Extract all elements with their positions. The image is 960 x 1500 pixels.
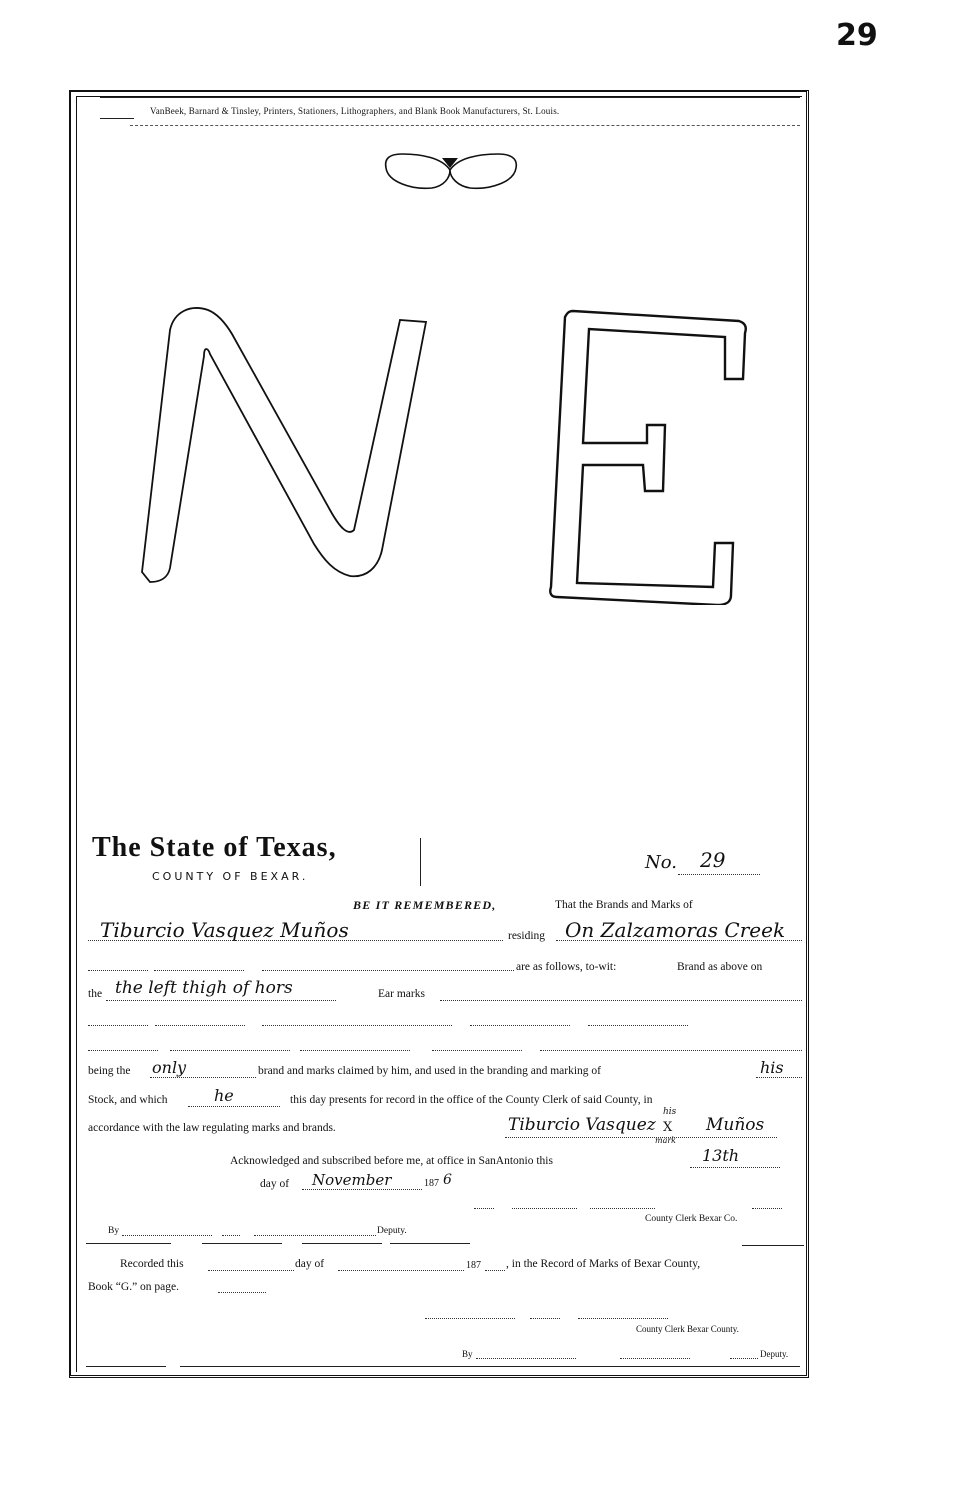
header-rule-left — [100, 118, 134, 119]
clerk-label: County Clerk Bexar Co. — [645, 1214, 737, 1224]
year-prefix: 187 — [424, 1178, 439, 1189]
clerk-county-label: County Clerk Bexar County. — [636, 1324, 739, 1334]
residence-line — [556, 940, 802, 941]
clerk-county-line — [530, 1318, 560, 1319]
owner-name-field: Tiburcio Vasquez Muños — [100, 918, 349, 942]
he-field: he — [214, 1086, 234, 1105]
clerk-signature-line — [752, 1208, 782, 1209]
blank-line — [300, 1050, 410, 1051]
intro-text: That the Brands and Marks of — [555, 899, 693, 911]
signature-first: Tiburcio Vasquez — [508, 1115, 656, 1135]
form-inner-border — [76, 96, 802, 1372]
owner-name-line — [88, 940, 503, 941]
recorded-month-line — [338, 1270, 464, 1271]
residing-label: residing — [508, 930, 545, 942]
brand-letter-e-icon — [545, 305, 750, 605]
brand-letter-n-icon — [130, 300, 440, 590]
brand-claimed-text: brand and marks claimed by him, and used… — [258, 1065, 601, 1077]
printer-imprint: VanBeek, Barnard & Tinsley, Printers, St… — [150, 106, 559, 116]
recorded-rest-text: , in the Record of Marks of Bexar County… — [506, 1258, 700, 1270]
year-suffix: 6 — [443, 1172, 452, 1188]
blank-line — [540, 1050, 802, 1051]
blank-line — [88, 970, 148, 971]
ear-mark-diagram-icon — [382, 148, 522, 194]
record-number-line — [678, 874, 760, 875]
blank-line — [262, 1025, 452, 1026]
only-line — [150, 1077, 256, 1078]
by-line-2 — [730, 1358, 758, 1359]
bottom-rule — [86, 1366, 166, 1367]
ear-marks-line — [440, 1000, 802, 1001]
bottom-rule — [180, 1366, 800, 1367]
his-line — [756, 1077, 802, 1078]
blank-line — [588, 1025, 688, 1026]
header-rule-top — [100, 97, 800, 98]
separator-rule — [202, 1243, 282, 1244]
by-line-2 — [476, 1358, 576, 1359]
brand-location-line — [106, 1000, 336, 1001]
blank-line — [470, 1025, 570, 1026]
only-field: only — [152, 1058, 186, 1077]
deputy-label-2: Deputy. — [760, 1349, 788, 1359]
signature-mark-x: X — [663, 1120, 672, 1135]
clerk-signature-line — [474, 1208, 494, 1209]
month-field: November — [312, 1171, 391, 1189]
signature-his: his — [663, 1107, 676, 1117]
his-field: his — [760, 1058, 784, 1077]
recorded-this-text: Recorded this — [120, 1258, 184, 1270]
state-title: The State of Texas, — [92, 832, 337, 864]
day-field: 13th — [702, 1146, 739, 1165]
separator-rule — [86, 1243, 171, 1244]
separator-rule — [390, 1243, 470, 1244]
month-line — [302, 1189, 422, 1190]
book-text: Book “G.” on page. — [88, 1281, 179, 1293]
separator-rule — [742, 1245, 804, 1246]
clerk-county-line — [578, 1318, 668, 1319]
blank-line — [88, 1050, 158, 1051]
blank-line — [170, 1050, 290, 1051]
blank-line — [262, 970, 514, 971]
deputy-label: Deputy. — [377, 1226, 407, 1236]
book-page-line — [218, 1292, 266, 1293]
be-it-remembered: BE IT REMEMBERED, — [353, 898, 496, 913]
by-label: By — [108, 1226, 119, 1236]
county-label: COUNTY OF BEXAR. — [152, 870, 308, 883]
recorded-year-line — [485, 1270, 505, 1271]
brand-as-above-text: Brand as above on — [677, 961, 762, 973]
brand-location-field: the left thigh of hors — [115, 978, 293, 998]
blank-line — [155, 1025, 245, 1026]
record-number-value: 29 — [700, 848, 725, 872]
signature-line — [505, 1137, 777, 1138]
recorded-year-prefix: 187 — [466, 1260, 481, 1271]
clerk-county-line — [425, 1318, 515, 1319]
stock-text: Stock, and which — [88, 1094, 168, 1106]
by-line-2 — [620, 1358, 690, 1359]
residence-field: On Zalzamoras Creek — [565, 918, 785, 942]
blank-line — [432, 1050, 522, 1051]
day-line — [690, 1167, 780, 1168]
the-label: the — [88, 988, 102, 1000]
recorded-day-of-text: day of — [295, 1258, 324, 1270]
separator-rule — [302, 1243, 382, 1244]
as-follows-text: are as follows, to-wit: — [516, 961, 616, 973]
accordance-text: accordance with the law regulating marks… — [88, 1122, 336, 1134]
acknowledged-text: Acknowledged and subscribed before me, a… — [230, 1155, 553, 1167]
blank-line — [88, 1025, 148, 1026]
he-line — [188, 1106, 280, 1107]
title-brace — [420, 838, 427, 886]
by-line — [254, 1235, 376, 1236]
blank-line — [154, 970, 244, 971]
day-of-label: day of — [260, 1178, 289, 1190]
by-line — [122, 1235, 212, 1236]
page-number: 29 — [836, 18, 878, 53]
presents-text: this day presents for record in the offi… — [290, 1094, 653, 1106]
signature-last: Muños — [706, 1115, 764, 1135]
record-number-label: No. — [645, 852, 677, 873]
clerk-signature-line — [590, 1208, 655, 1209]
recorded-day-line — [208, 1270, 294, 1271]
clerk-signature-line — [512, 1208, 577, 1209]
by-line — [222, 1235, 240, 1236]
ear-marks-label: Ear marks — [378, 988, 425, 1000]
header-rule-bottom — [130, 125, 800, 126]
being-the-text: being the — [88, 1065, 130, 1077]
by-label-2: By — [462, 1349, 473, 1359]
